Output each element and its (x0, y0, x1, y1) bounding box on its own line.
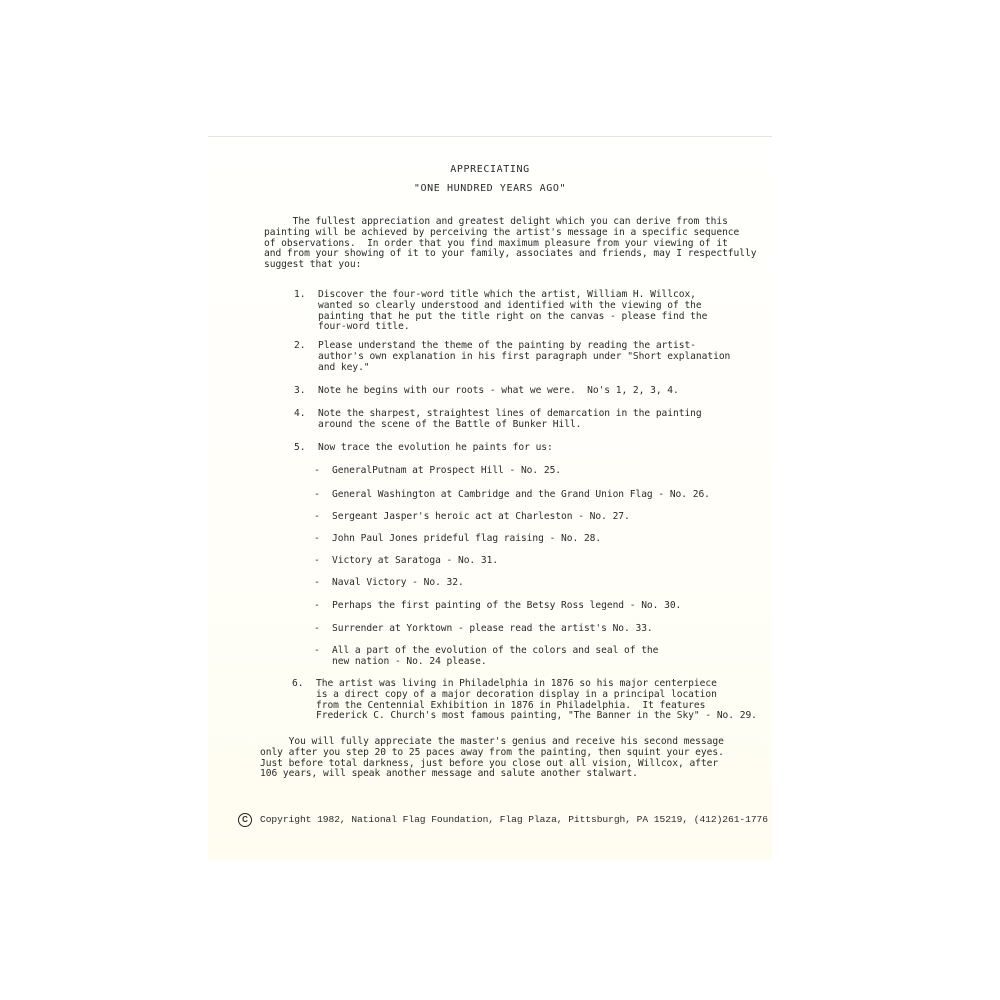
item-text: Now trace the evolution he paints for us… (318, 443, 553, 454)
document-page: APPRECIATING "ONE HUNDRED YEARS AGO" The… (208, 136, 772, 861)
list-item-6: 6. The artist was living in Philadelphia… (292, 679, 326, 722)
sub-item-text: Perhaps the first painting of the Betsy … (332, 601, 681, 612)
dash-bullet: - (314, 534, 320, 545)
dash-bullet: - (314, 578, 320, 589)
item-number: 6. (292, 679, 303, 690)
item-number: 1. (294, 290, 305, 301)
item-number: 4. (294, 409, 305, 420)
list-item-2: 2. Please understand the theme of the pa… (294, 341, 328, 384)
item-text: Please understand the theme of the paint… (318, 341, 730, 373)
dash-bullet: - (314, 556, 320, 567)
list-item-1: 1. Discover the four-word title which th… (294, 290, 328, 333)
sub-item-text: John Paul Jones prideful flag raising - … (332, 534, 601, 545)
dash-bullet: - (314, 512, 320, 523)
document-body: APPRECIATING "ONE HUNDRED YEARS AGO" The… (208, 137, 772, 861)
item-number: 3. (294, 386, 305, 397)
item-text: Discover the four-word title which the a… (318, 290, 707, 333)
copyright-icon: C (238, 813, 252, 827)
dash-bullet: - (314, 466, 320, 477)
intro-paragraph: The fullest appreciation and greatest de… (264, 217, 764, 271)
sub-item-text: All a part of the evolution of the color… (332, 646, 658, 668)
dash-bullet: - (314, 646, 320, 657)
dash-bullet: - (314, 490, 320, 501)
document-subtitle: "ONE HUNDRED YEARS AGO" (208, 184, 772, 195)
dash-bullet: - (314, 624, 320, 635)
item-text: Note the sharpest, straightest lines of … (318, 409, 702, 431)
document-title: APPRECIATING (208, 165, 772, 176)
sub-item-text: GeneralPutnam at Prospect Hill - No. 25. (332, 466, 561, 477)
copyright-line: C Copyright 1982, National Flag Foundati… (238, 813, 768, 827)
item-number: 2. (294, 341, 305, 352)
sub-item-text: General Washington at Cambridge and the … (332, 490, 710, 501)
sub-item-text: Victory at Saratoga - No. 31. (332, 556, 498, 567)
item-text: Note he begins with our roots - what we … (318, 386, 679, 397)
dash-bullet: - (314, 601, 320, 612)
closing-paragraph: You will fully appreciate the master's g… (260, 737, 724, 780)
item-text: The artist was living in Philadelphia in… (316, 679, 757, 722)
sub-item-text: Surrender at Yorktown - please read the … (332, 624, 653, 635)
sub-item-text: Naval Victory - No. 32. (332, 578, 464, 589)
item-number: 5. (294, 443, 305, 454)
copyright-text: Copyright 1982, National Flag Foundation… (260, 815, 768, 826)
sub-item-text: Sergeant Jasper's heroic act at Charlest… (332, 512, 630, 523)
